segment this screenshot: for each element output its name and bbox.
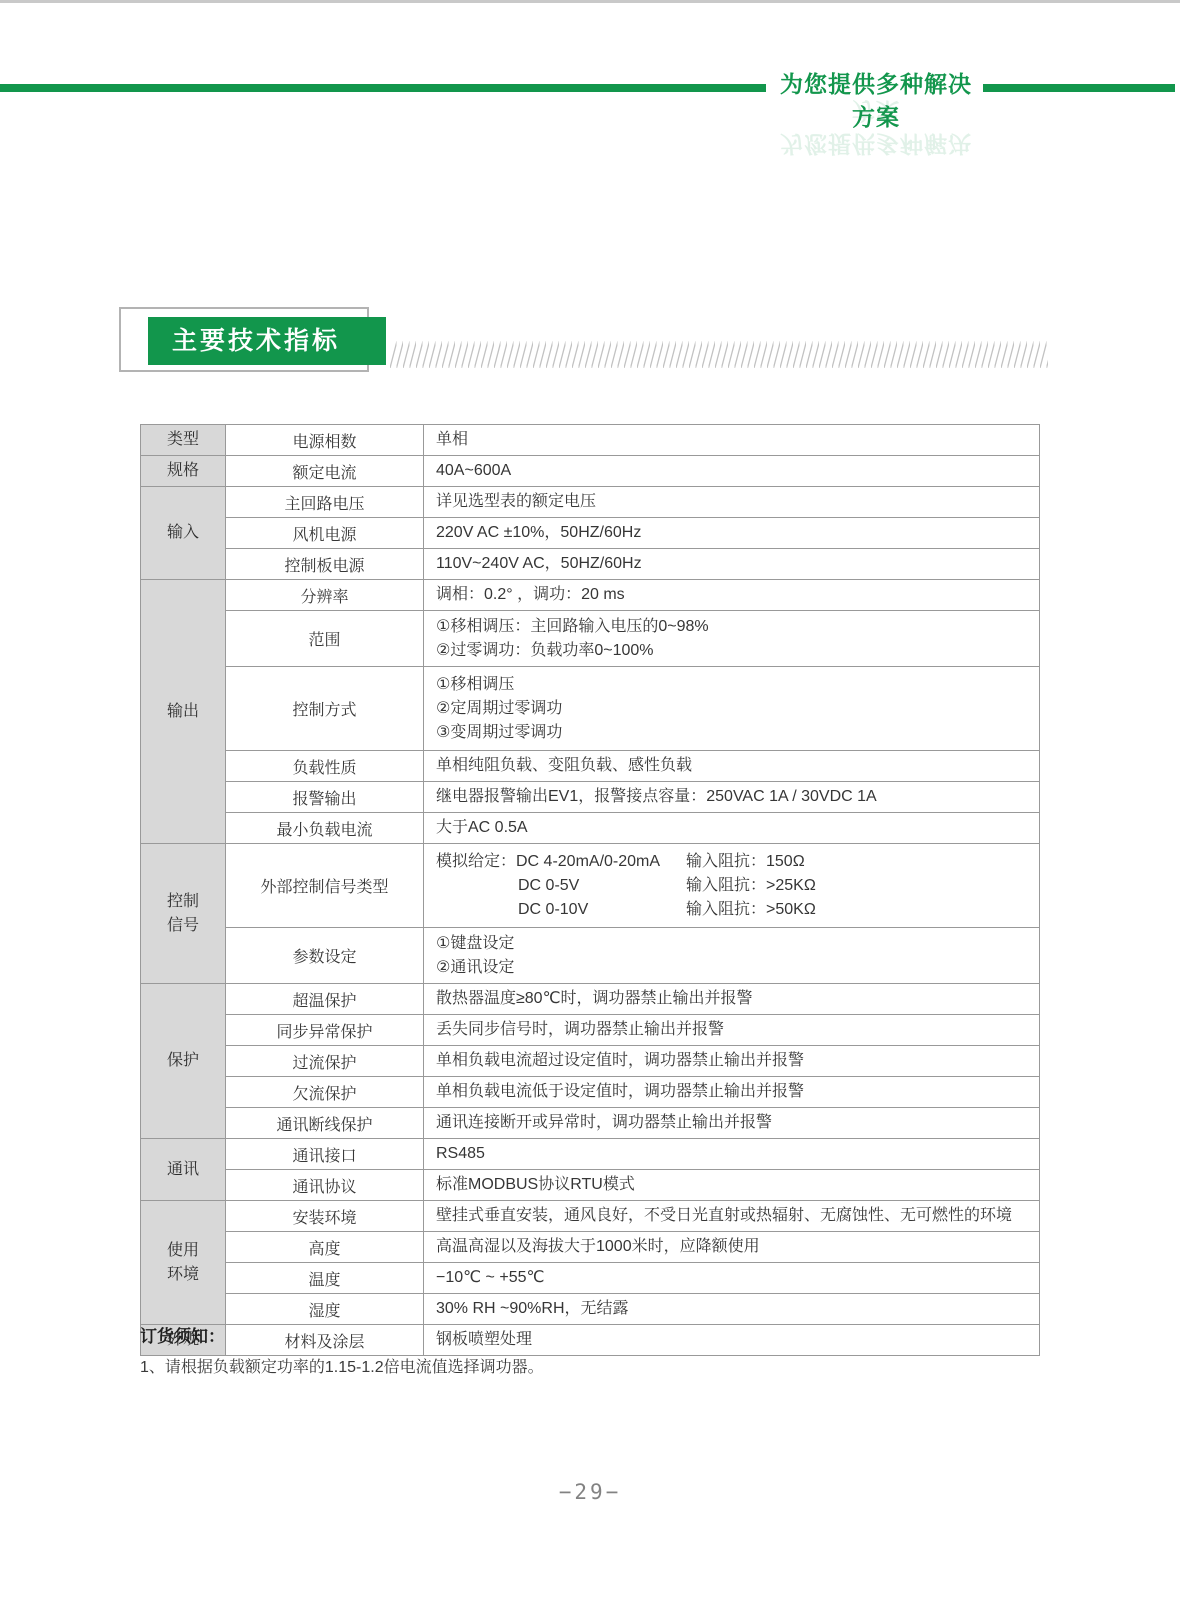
spec-param-cell: 安装环境: [226, 1201, 424, 1232]
spec-group-cell: 规格: [141, 456, 226, 487]
spec-value-cell: RS485: [424, 1139, 1040, 1170]
signal-type: DC 0-10V: [436, 898, 686, 922]
spec-param-cell: 欠流保护: [226, 1077, 424, 1108]
table-row: 外观 材料及涂层 钢板喷塑处理: [141, 1325, 1040, 1356]
table-row: 参数设定 ①键盘设定 ②通讯设定: [141, 928, 1040, 984]
table-row: 负载性质 单相纯阻负载、变阻负载、感性负载: [141, 751, 1040, 782]
signal-type: DC 0-5V: [436, 874, 686, 898]
spec-param-cell: 通讯断线保护: [226, 1108, 424, 1139]
table-row: 过流保护 单相负载电流超过设定值时，调功器禁止输出并报警: [141, 1046, 1040, 1077]
hatch-pattern-decoration: [390, 341, 1048, 368]
spec-value-cell: 110V~240V AC，50HZ/60Hz: [424, 549, 1040, 580]
spec-value-cell: −10℃ ~ +55℃: [424, 1263, 1040, 1294]
value-line: ②定周期过零调功: [436, 697, 1027, 721]
spec-value-cell: 调相：0.2° ，调功：20 ms: [424, 580, 1040, 611]
spec-value-cell: 40A~600A: [424, 456, 1040, 487]
ordering-notes-title: 订货须知：: [140, 1322, 225, 1347]
spec-value-cell: 通讯连接断开或异常时，调功器禁止输出并报警: [424, 1108, 1040, 1139]
page-top-divider: [0, 0, 1180, 3]
spec-param-cell: 风机电源: [226, 518, 424, 549]
spec-param-cell: 控制板电源: [226, 549, 424, 580]
table-row: 通讯 通讯接口 RS485: [141, 1139, 1040, 1170]
spec-value-cell: ①键盘设定 ②通讯设定: [424, 928, 1040, 984]
spec-group-cell: 输出: [141, 580, 226, 844]
spec-group-cell: 使用 环境: [141, 1201, 226, 1325]
signal-type: 模拟给定：DC 4-20mA/0-20mA: [436, 850, 686, 874]
table-row: 保护 超温保护 散热器温度≥80℃时，调功器禁止输出并报警: [141, 984, 1040, 1015]
table-row: 规格 额定电流 40A~600A: [141, 456, 1040, 487]
table-row: 范围 ①移相调压：主回路输入电压的0~98% ②过零调功：负载功率0~100%: [141, 611, 1040, 667]
spec-value-cell: 详见选型表的额定电压: [424, 487, 1040, 518]
spec-param-cell: 材料及涂层: [226, 1325, 424, 1356]
spec-value-cell: 壁挂式垂直安装，通风良好，不受日光直射或热辐射、无腐蚀性、无可燃性的环境: [424, 1201, 1040, 1232]
spec-value-cell: 标准MODBUS协议RTU模式: [424, 1170, 1040, 1201]
spec-param-cell: 同步异常保护: [226, 1015, 424, 1046]
spec-param-cell: 外部控制信号类型: [226, 844, 424, 928]
value-line: ①键盘设定: [436, 932, 1027, 956]
spec-param-cell: 最小负载电流: [226, 813, 424, 844]
spec-value-cell: 模拟给定：DC 4-20mA/0-20mA输入阻抗：150Ω DC 0-5V输入…: [424, 844, 1040, 928]
spec-value-cell: 钢板喷塑处理: [424, 1325, 1040, 1356]
spec-param-cell: 电源相数: [226, 425, 424, 456]
spec-param-cell: 通讯接口: [226, 1139, 424, 1170]
ordering-notes-item: 1、请根据负载额定功率的1.15-1.2倍电流值选择调功器。: [140, 1354, 544, 1377]
spec-value-cell: 单相负载电流超过设定值时，调功器禁止输出并报警: [424, 1046, 1040, 1077]
value-line: ①移相调压：主回路输入电压的0~98%: [436, 615, 1027, 639]
catalog-page: 为您提供多种解决方案 为您提供多种解决方案 主要技术指标 类型 电源相数 单相 …: [0, 0, 1180, 1600]
input-impedance: 输入阻抗：>50KΩ: [686, 901, 816, 918]
spec-param-cell: 高度: [226, 1232, 424, 1263]
table-row: 报警输出 继电器报警输出EV1，报警接点容量：250VAC 1A / 30VDC…: [141, 782, 1040, 813]
spec-value-cell: 大于AC 0.5A: [424, 813, 1040, 844]
value-line: 模拟给定：DC 4-20mA/0-20mA输入阻抗：150Ω: [436, 850, 1027, 874]
table-row: 通讯协议 标准MODBUS协议RTU模式: [141, 1170, 1040, 1201]
spec-group-cell: 输入: [141, 487, 226, 580]
header-rule-left: [0, 84, 766, 92]
spec-value-cell: 30% RH ~90%RH，无结露: [424, 1294, 1040, 1325]
spec-param-cell: 湿度: [226, 1294, 424, 1325]
table-row: 输入 主回路电压 详见选型表的额定电压: [141, 487, 1040, 518]
spec-group-cell: 控制 信号: [141, 844, 226, 984]
spec-group-cell: 类型: [141, 425, 226, 456]
page-number: −29−: [0, 1480, 1180, 1504]
spec-param-cell: 温度: [226, 1263, 424, 1294]
spec-param-cell: 通讯协议: [226, 1170, 424, 1201]
spec-value-cell: 220V AC ±10%，50HZ/60Hz: [424, 518, 1040, 549]
spec-table: 类型 电源相数 单相 规格 额定电流 40A~600A 输入 主回路电压 详见选…: [140, 424, 1040, 1356]
table-row: 高度 高温高湿以及海拔大于1000米时，应降额使用: [141, 1232, 1040, 1263]
spec-group-cell: 保护: [141, 984, 226, 1139]
spec-param-cell: 负载性质: [226, 751, 424, 782]
value-line: DC 0-5V输入阻抗：>25KΩ: [436, 874, 1027, 898]
spec-value-cell: 继电器报警输出EV1，报警接点容量：250VAC 1A / 30VDC 1A: [424, 782, 1040, 813]
value-line: ①移相调压: [436, 673, 1027, 697]
value-line: ②过零调功：负载功率0~100%: [436, 639, 1027, 663]
spec-param-cell: 主回路电压: [226, 487, 424, 518]
spec-param-cell: 过流保护: [226, 1046, 424, 1077]
table-row: 通讯断线保护 通讯连接断开或异常时，调功器禁止输出并报警: [141, 1108, 1040, 1139]
table-row: 温度 −10℃ ~ +55℃: [141, 1263, 1040, 1294]
spec-value-cell: 单相纯阻负载、变阻负载、感性负载: [424, 751, 1040, 782]
table-row: 湿度 30% RH ~90%RH，无结露: [141, 1294, 1040, 1325]
table-row: 类型 电源相数 单相: [141, 425, 1040, 456]
spec-value-cell: 丢失同步信号时，调功器禁止输出并报警: [424, 1015, 1040, 1046]
table-row: 使用 环境 安装环境 壁挂式垂直安装，通风良好，不受日光直射或热辐射、无腐蚀性、…: [141, 1201, 1040, 1232]
spec-value-cell: ①移相调压 ②定周期过零调功 ③变周期过零调功: [424, 667, 1040, 751]
input-impedance: 输入阻抗：150Ω: [686, 853, 805, 870]
spec-param-cell: 分辨率: [226, 580, 424, 611]
spec-group-cell: 通讯: [141, 1139, 226, 1201]
spec-param-cell: 参数设定: [226, 928, 424, 984]
table-row: 欠流保护 单相负载电流低于设定值时，调功器禁止输出并报警: [141, 1077, 1040, 1108]
table-row: 风机电源 220V AC ±10%，50HZ/60Hz: [141, 518, 1040, 549]
spec-param-cell: 报警输出: [226, 782, 424, 813]
table-row: 控制板电源 110V~240V AC，50HZ/60Hz: [141, 549, 1040, 580]
spec-value-cell: ①移相调压：主回路输入电压的0~98% ②过零调功：负载功率0~100%: [424, 611, 1040, 667]
table-row: 最小负载电流 大于AC 0.5A: [141, 813, 1040, 844]
spec-value-cell: 高温高湿以及海拔大于1000米时，应降额使用: [424, 1232, 1040, 1263]
table-row: 同步异常保护 丢失同步信号时，调功器禁止输出并报警: [141, 1015, 1040, 1046]
table-row: 输出 分辨率 调相：0.2° ，调功：20 ms: [141, 580, 1040, 611]
header-rule-right: [983, 84, 1175, 92]
section-title: 主要技术指标: [148, 317, 386, 365]
value-line: ③变周期过零调功: [436, 721, 1027, 745]
input-impedance: 输入阻抗：>25KΩ: [686, 877, 816, 894]
table-row: 控制 信号 外部控制信号类型 模拟给定：DC 4-20mA/0-20mA输入阻抗…: [141, 844, 1040, 928]
spec-param-cell: 超温保护: [226, 984, 424, 1015]
spec-value-cell: 单相: [424, 425, 1040, 456]
value-line: ②通讯设定: [436, 956, 1027, 980]
spec-param-cell: 额定电流: [226, 456, 424, 487]
table-row: 控制方式 ①移相调压 ②定周期过零调功 ③变周期过零调功: [141, 667, 1040, 751]
value-line: DC 0-10V输入阻抗：>50KΩ: [436, 898, 1027, 922]
spec-param-cell: 控制方式: [226, 667, 424, 751]
spec-value-cell: 单相负载电流低于设定值时，调功器禁止输出并报警: [424, 1077, 1040, 1108]
spec-value-cell: 散热器温度≥80℃时，调功器禁止输出并报警: [424, 984, 1040, 1015]
header-tagline-reflection: 为您提供多种解决方案: [778, 96, 974, 162]
spec-param-cell: 范围: [226, 611, 424, 667]
